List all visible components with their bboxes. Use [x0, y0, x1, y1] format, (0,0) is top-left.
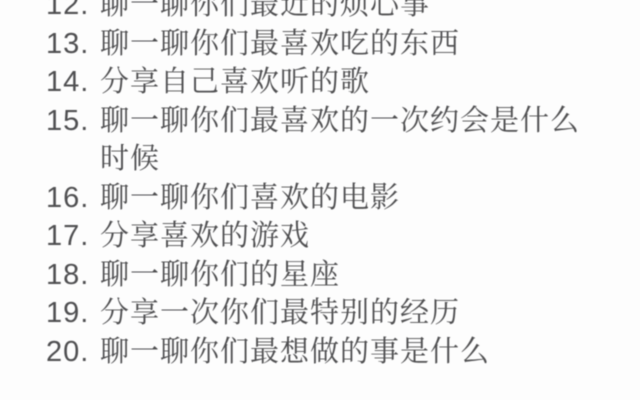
item-text: 分享自己喜欢听的歌: [100, 63, 585, 102]
list-item: 20. 聊一聊你们最想做的事是什么: [46, 333, 640, 372]
list-item: 15. 聊一聊你们最喜欢的一次约会是什么时候: [46, 102, 640, 179]
item-text: 聊一聊你们最近的烦心事: [100, 0, 585, 25]
topic-list: 12. 聊一聊你们最近的烦心事 13. 聊一聊你们最喜欢吃的东西 14. 分享自…: [0, 0, 640, 371]
item-text: 聊一聊你们喜欢的电影: [100, 179, 585, 218]
item-number: 15.: [46, 102, 100, 141]
item-text: 分享一次你们最特别的经历: [100, 294, 585, 333]
item-number: 16.: [46, 179, 100, 218]
list-item: 14. 分享自己喜欢听的歌: [46, 63, 640, 102]
item-number: 17.: [46, 217, 100, 256]
list-item: 18. 聊一聊你们的星座: [46, 256, 640, 295]
item-text: 聊一聊你们最想做的事是什么: [100, 333, 585, 372]
item-number: 13.: [46, 25, 100, 64]
list-item: 19. 分享一次你们最特别的经历: [46, 294, 640, 333]
item-text: 聊一聊你们的星座: [100, 256, 585, 295]
item-number: 19.: [46, 294, 100, 333]
item-text: 聊一聊你们最喜欢的一次约会是什么时候: [100, 102, 585, 179]
item-number: 12.: [46, 0, 100, 25]
list-item: 12. 聊一聊你们最近的烦心事: [46, 0, 640, 25]
item-text: 聊一聊你们最喜欢吃的东西: [100, 25, 585, 64]
item-number: 20.: [46, 333, 100, 372]
page: 12. 聊一聊你们最近的烦心事 13. 聊一聊你们最喜欢吃的东西 14. 分享自…: [0, 0, 640, 400]
list-item: 16. 聊一聊你们喜欢的电影: [46, 179, 640, 218]
item-number: 18.: [46, 256, 100, 295]
item-text: 分享喜欢的游戏: [100, 217, 585, 256]
item-number: 14.: [46, 63, 100, 102]
list-item: 17. 分享喜欢的游戏: [46, 217, 640, 256]
list-item: 13. 聊一聊你们最喜欢吃的东西: [46, 25, 640, 64]
